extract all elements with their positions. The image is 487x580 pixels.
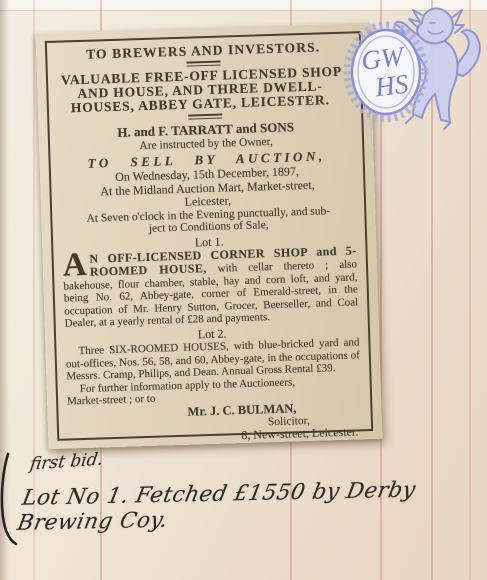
- ledger-page-photo: TO BREWERS AND INVESTORS. VALUABLE FREE-…: [0, 0, 487, 580]
- lot1-description: AN OFF-LICENSED CORNER SHOP and 5-ROOMED…: [62, 244, 358, 331]
- advert-headline: TO BREWERS AND INVESTORS.: [56, 38, 350, 62]
- handwritten-text: first bid.: [29, 449, 105, 474]
- newspaper-clipping: TO BREWERS AND INVESTORS. VALUABLE FREE-…: [36, 23, 383, 449]
- handwritten-note-lot1-result: Lot No 1. Fetched £1550 by Derby Brewing…: [20, 476, 483, 536]
- divider-rule: [188, 114, 222, 120]
- monogram-hs: HS: [372, 68, 410, 102]
- handwritten-note-first-bid: first bid.: [29, 449, 103, 474]
- gwhs-watermark: GW HS: [336, 0, 487, 138]
- dropcap-letter: A: [62, 252, 90, 278]
- advert-border-frame: TO BREWERS AND INVESTORS. VALUABLE FREE-…: [45, 31, 373, 441]
- divider-rule: [187, 61, 221, 67]
- handwritten-text: Lot No 1. Fetched £1550 by Derby Brewing…: [15, 476, 486, 536]
